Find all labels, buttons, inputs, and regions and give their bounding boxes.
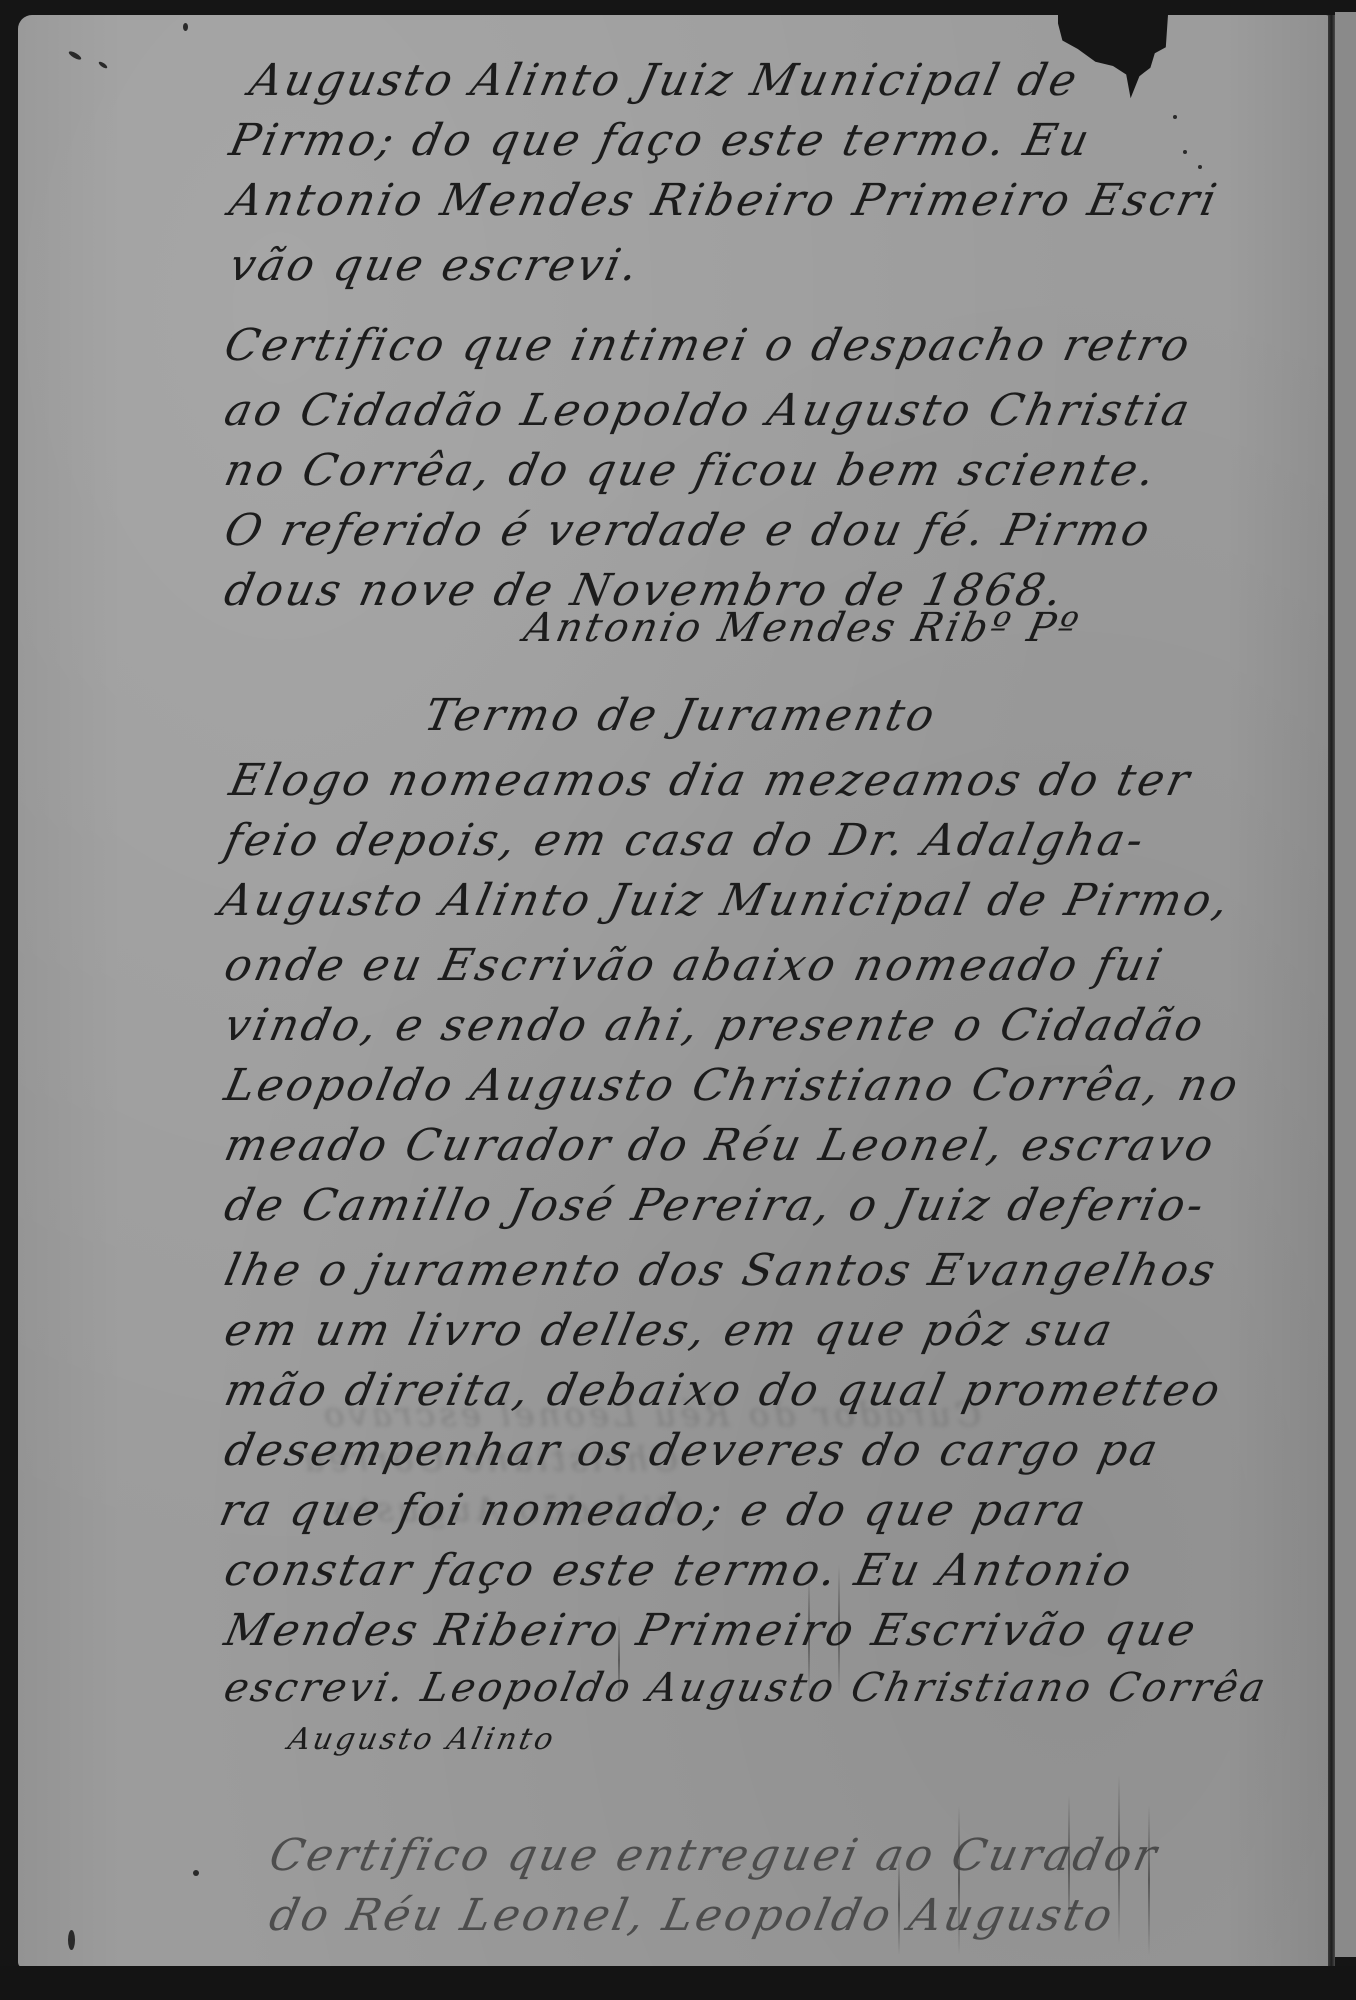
text-line: ra que foi nomeado; e do que para	[215, 1485, 1093, 1536]
text-line: Antonio Mendes Ribeiro Primeiro Escri	[225, 175, 1224, 226]
text-line: mão direita, debaixo do qual prometteo	[220, 1365, 1227, 1416]
text-line: ao Cidadão Leopoldo Augusto Christia	[220, 385, 1197, 436]
ink-speck	[183, 23, 188, 31]
curator-signature: escrevi. Leopoldo Augusto Christiano Cor…	[220, 1665, 1272, 1711]
text-line: meado Curador do Réu Leonel, escravo	[220, 1120, 1221, 1171]
text-line: Augusto Alinto Juiz Municipal de	[245, 55, 1084, 106]
adjacent-page-edge	[1335, 12, 1356, 1957]
page-fold-line	[1328, 15, 1335, 1968]
text-line: O referido é verdade e dou fé. Pirmo	[220, 505, 1157, 556]
text-line: vão que escrevi.	[225, 240, 645, 291]
text-line: de Camillo José Pereira, o Juiz deferio-	[220, 1180, 1211, 1231]
judge-signature: Augusto Alinto	[285, 1722, 559, 1757]
text-line: desempenhar os deveres do cargo pa	[220, 1425, 1165, 1476]
ink-speck	[68, 1930, 75, 1950]
ink-speck	[1183, 150, 1187, 154]
text-line-faint: do Réu Leonel, Leopoldo Augusto	[265, 1890, 1120, 1941]
text-line-faint: Certifico que entreguei ao Curador	[265, 1830, 1164, 1881]
text-line: onde eu Escrivão abaixo nomeado fui	[220, 940, 1169, 991]
ink-speck	[68, 50, 83, 61]
scan-bottom-edge	[0, 1966, 1356, 2000]
section-heading: Termo de Juramento	[420, 690, 942, 741]
clerk-signature: Antonio Mendes Ribº Pº	[520, 605, 1085, 651]
ink-speck	[1173, 115, 1177, 119]
text-line: Pirmo; do que faço este termo. Eu	[225, 115, 1096, 166]
ink-speck	[193, 1870, 199, 1876]
text-line: vindo, e sendo ahi, presente o Cidadão	[220, 1000, 1210, 1051]
text-line: em um livro delles, em que pôz sua	[220, 1305, 1119, 1356]
text-line: feio depois, em casa do Dr. Adalgha-	[220, 815, 1151, 866]
text-line: Elogo nomeamos dia mezeamos do ter	[225, 755, 1197, 806]
text-line: Augusto Alinto Juiz Municipal de Pirmo,	[215, 875, 1236, 926]
text-line: lhe o juramento dos Santos Evangelhos	[220, 1245, 1222, 1296]
text-line: Mendes Ribeiro Primeiro Escrivão que	[220, 1605, 1203, 1656]
text-line: Certifico que intimei o despacho retro	[220, 320, 1197, 371]
text-line: no Corrêa, do que ficou bem sciente.	[220, 445, 1162, 496]
ink-speck	[1198, 165, 1202, 169]
text-line: Leopoldo Augusto Christiano Corrêa, no	[220, 1060, 1245, 1111]
ink-speck	[98, 60, 108, 69]
text-line: constar faço este termo. Eu Antonio	[220, 1545, 1139, 1596]
